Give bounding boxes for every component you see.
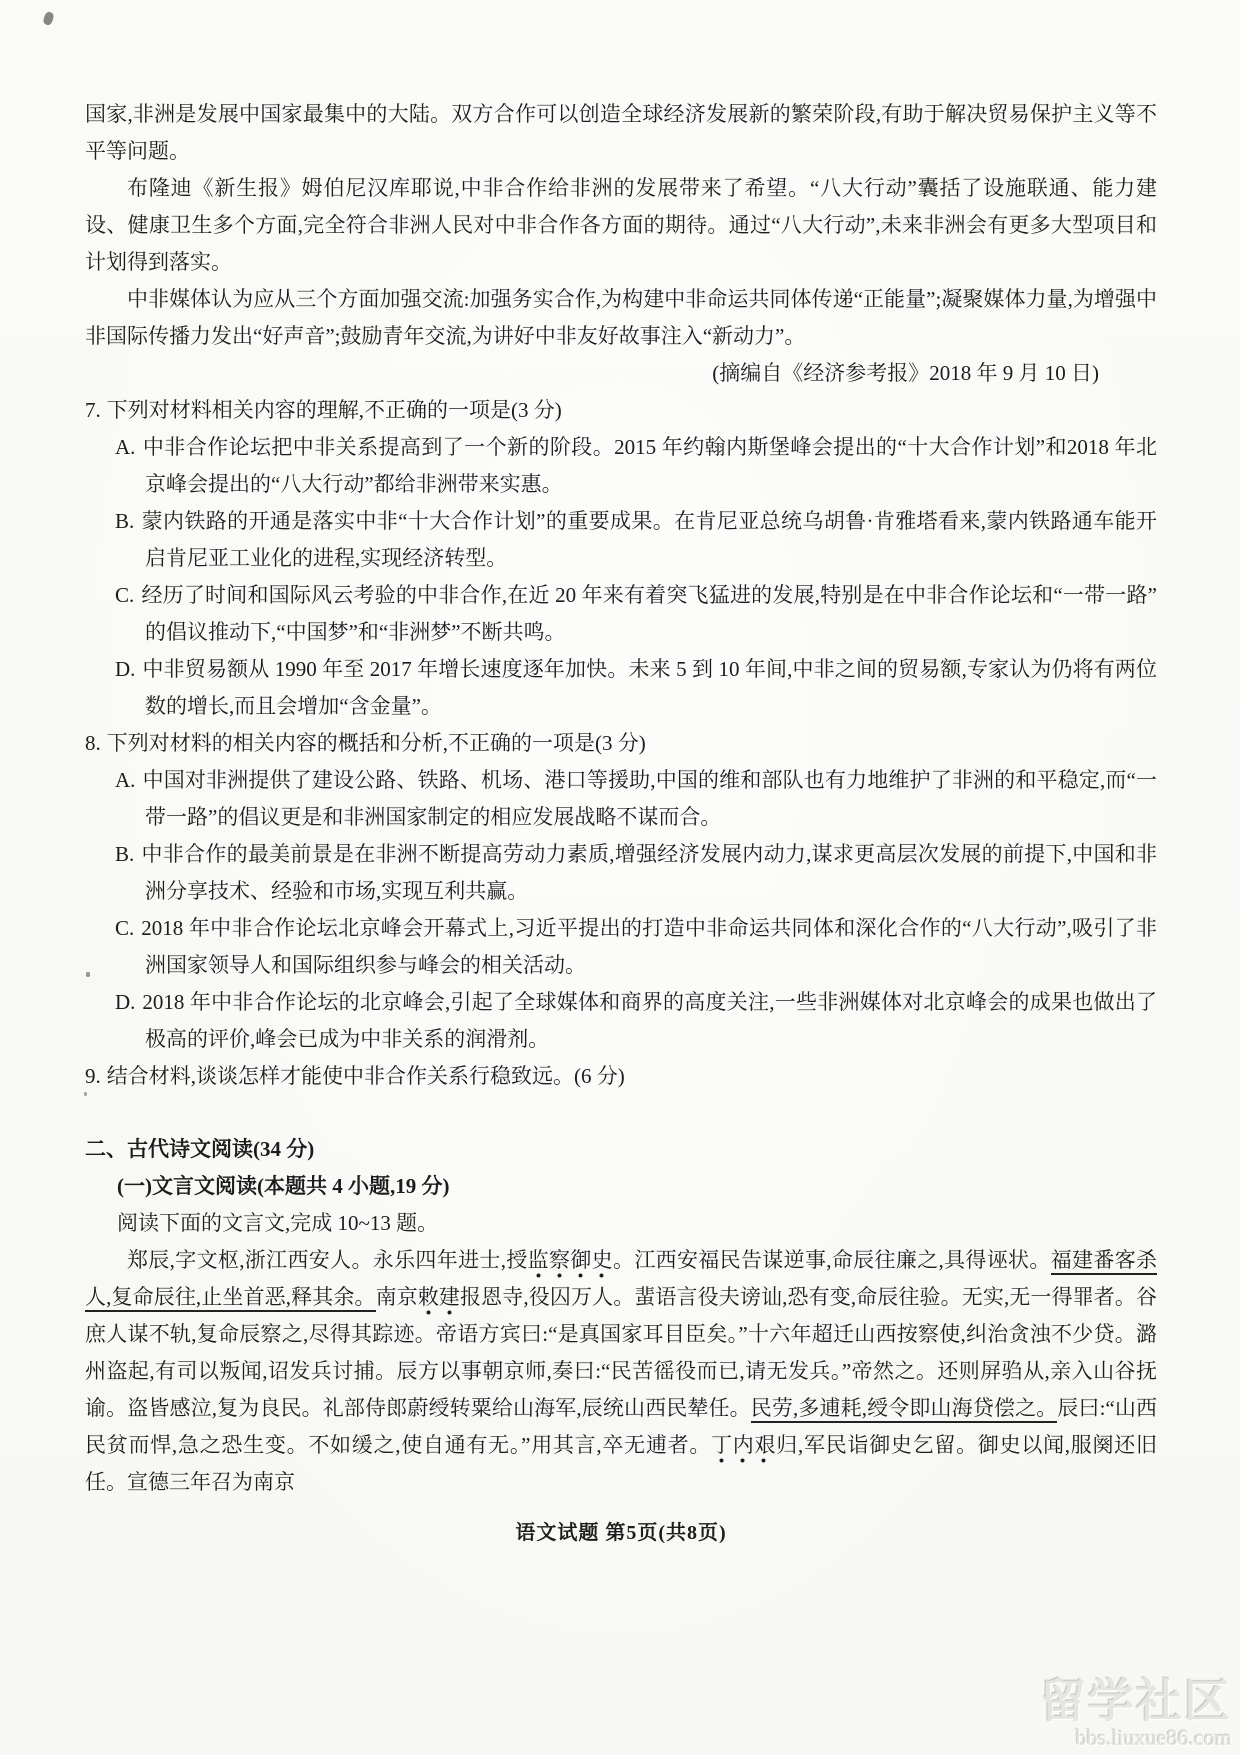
passage-text: 南京 bbox=[376, 1285, 418, 1309]
material-paragraph-3: 中非媒体认为应从三个方面加强交流:加强务实合作,为构建中非命运共同体传递“正能量… bbox=[85, 281, 1157, 355]
question-7: 7.下列对材料相关内容的理解,不正确的一项是(3 分) A.中非合作论坛把中非关… bbox=[85, 392, 1157, 725]
question-7-option-c: C.经历了时间和国际风云考验的中非合作,在近 20 年来有着突飞猛进的发展,特别… bbox=[115, 577, 1157, 651]
watermark-title: 留学社区 bbox=[1040, 1678, 1232, 1726]
question-8-option-a: A.中国对非洲提供了建设公路、铁路、机场、港口等援助,中国的维和部队也有力地维护… bbox=[115, 762, 1157, 836]
section-heading: 二、古代诗文阅读(34 分) bbox=[85, 1131, 1157, 1168]
question-stem-text: 结合材料,谈谈怎样才能使中非合作关系行稳致远。(6 分) bbox=[107, 1064, 625, 1088]
question-8-option-d: D.2018 年中非合作论坛的北京峰会,引起了全球媒体和商界的高度关注,一些非洲… bbox=[115, 984, 1157, 1058]
option-text: 蒙内铁路的开通是落实中非“十大合作计划”的重要成果。在肯尼亚总统乌胡鲁·肯雅塔看… bbox=[141, 509, 1157, 570]
section-gap bbox=[85, 1095, 1157, 1131]
option-label: B. bbox=[115, 509, 141, 533]
option-text: 中国对非洲提供了建设公路、铁路、机场、港口等援助,中国的维和部队也有力地维护了非… bbox=[142, 768, 1157, 829]
emphasized-term: 敕建 bbox=[418, 1285, 460, 1315]
option-label: A. bbox=[115, 435, 142, 459]
question-9: 9.结合材料,谈谈怎样才能使中非合作关系行稳致远。(6 分) bbox=[85, 1058, 1157, 1095]
material-attribution: (摘编自《经济参考报》2018 年 9 月 10 日) bbox=[85, 355, 1157, 392]
option-text: 中非贸易额从 1990 年至 2017 年增长速度逐年加快。未来 5 到 10 … bbox=[142, 657, 1157, 718]
option-text: 中非合作论坛把中非关系提高到了一个新的阶段。2015 年约翰内斯堡峰会提出的“十… bbox=[142, 435, 1157, 496]
question-7-option-b: B.蒙内铁路的开通是落实中非“十大合作计划”的重要成果。在肯尼亚总统乌胡鲁·肯雅… bbox=[115, 503, 1157, 577]
scan-speck bbox=[42, 11, 55, 26]
reading-material: 国家,非洲是发展中国家最集中的大陆。双方合作可以创造全球经济发展新的繁荣阶段,有… bbox=[85, 96, 1157, 392]
question-9-stem: 9.结合材料,谈谈怎样才能使中非合作关系行稳致远。(6 分) bbox=[85, 1058, 1157, 1095]
exam-paper-page: 国家,非洲是发展中国家最集中的大陆。双方合作可以创造全球经济发展新的繁荣阶段,有… bbox=[0, 0, 1240, 1755]
question-stem-text: 下列对材料的相关内容的概括和分析,不正确的一项是(3 分) bbox=[107, 731, 646, 755]
watermark-url: bbs.liuxue86.com bbox=[1040, 1726, 1232, 1749]
reading-instruction: 阅读下面的文言文,完成 10~13 题。 bbox=[117, 1205, 1157, 1242]
material-paragraph-2: 布隆迪《新生报》姆伯尼汉库耶说,中非合作给非洲的发展带来了希望。“八大行动”囊括… bbox=[85, 170, 1157, 281]
option-text: 中非合作的最美前景是在非洲不断提高劳动力素质,增强经济发展内动力,谋求更高层次发… bbox=[141, 842, 1157, 903]
option-label: D. bbox=[115, 990, 142, 1014]
watermark: 留学社区 bbs.liuxue86.com bbox=[1040, 1678, 1232, 1749]
emphasized-term: 丁内艰 bbox=[711, 1433, 776, 1463]
option-label: D. bbox=[115, 657, 142, 681]
material-paragraph-1: 国家,非洲是发展中国家最集中的大陆。双方合作可以创造全球经济发展新的繁荣阶段,有… bbox=[85, 96, 1157, 170]
question-8-option-c: C.2018 年中非合作论坛北京峰会开幕式上,习近平提出的打造中非命运共同体和深… bbox=[115, 910, 1157, 984]
question-7-stem: 7.下列对材料相关内容的理解,不正确的一项是(3 分) bbox=[85, 392, 1157, 429]
question-number: 8. bbox=[85, 731, 107, 755]
question-8: 8.下列对材料的相关内容的概括和分析,不正确的一项是(3 分) A.中国对非洲提… bbox=[85, 725, 1157, 1058]
question-8-option-b: B.中非合作的最美前景是在非洲不断提高劳动力素质,增强经济发展内动力,谋求更高层… bbox=[115, 836, 1157, 910]
emphasized-term: 监察御史 bbox=[528, 1248, 613, 1278]
question-number: 9. bbox=[85, 1064, 107, 1088]
subsection-heading: (一)文言文阅读(本题共 4 小题,19 分) bbox=[117, 1168, 1157, 1205]
classical-chinese-passage: 郑辰,字文枢,浙江西安人。永乐四年进士,授监察御史。江西安福民告谋逆事,命辰往廉… bbox=[85, 1242, 1157, 1501]
option-text: 2018 年中非合作论坛北京峰会开幕式上,习近平提出的打造中非命运共同体和深化合… bbox=[141, 916, 1157, 977]
question-7-option-a: A.中非合作论坛把中非关系提高到了一个新的阶段。2015 年约翰内斯堡峰会提出的… bbox=[115, 429, 1157, 503]
passage-text: 。江西安福民告谋逆事,命辰往廉之,具得诬状。 bbox=[613, 1248, 1051, 1272]
question-stem-text: 下列对材料相关内容的理解,不正确的一项是(3 分) bbox=[107, 398, 562, 422]
question-number: 7. bbox=[85, 398, 107, 422]
underlined-clause: 民劳,多逋耗,绶令即山海贷偿之。 bbox=[751, 1396, 1058, 1423]
option-label: B. bbox=[115, 842, 141, 866]
option-label: A. bbox=[115, 768, 142, 792]
question-8-stem: 8.下列对材料的相关内容的概括和分析,不正确的一项是(3 分) bbox=[85, 725, 1157, 762]
page-footer: 语文试题 第5页(共8页) bbox=[85, 1515, 1157, 1552]
section-ancient-poetry-reading: 二、古代诗文阅读(34 分) (一)文言文阅读(本题共 4 小题,19 分) 阅… bbox=[85, 1131, 1157, 1501]
option-text: 2018 年中非合作论坛的北京峰会,引起了全球媒体和商界的高度关注,一些非洲媒体… bbox=[142, 990, 1157, 1051]
page-content: 国家,非洲是发展中国家最集中的大陆。双方合作可以创造全球经济发展新的繁荣阶段,有… bbox=[85, 96, 1157, 1552]
option-label: C. bbox=[115, 583, 141, 607]
question-7-option-d: D.中非贸易额从 1990 年至 2017 年增长速度逐年加快。未来 5 到 1… bbox=[115, 651, 1157, 725]
option-label: C. bbox=[115, 916, 141, 940]
passage-text: 郑辰,字文枢,浙江西安人。永乐四年进士,授 bbox=[127, 1248, 528, 1272]
option-text: 经历了时间和国际风云考验的中非合作,在近 20 年来有着突飞猛进的发展,特别是在… bbox=[141, 583, 1157, 644]
